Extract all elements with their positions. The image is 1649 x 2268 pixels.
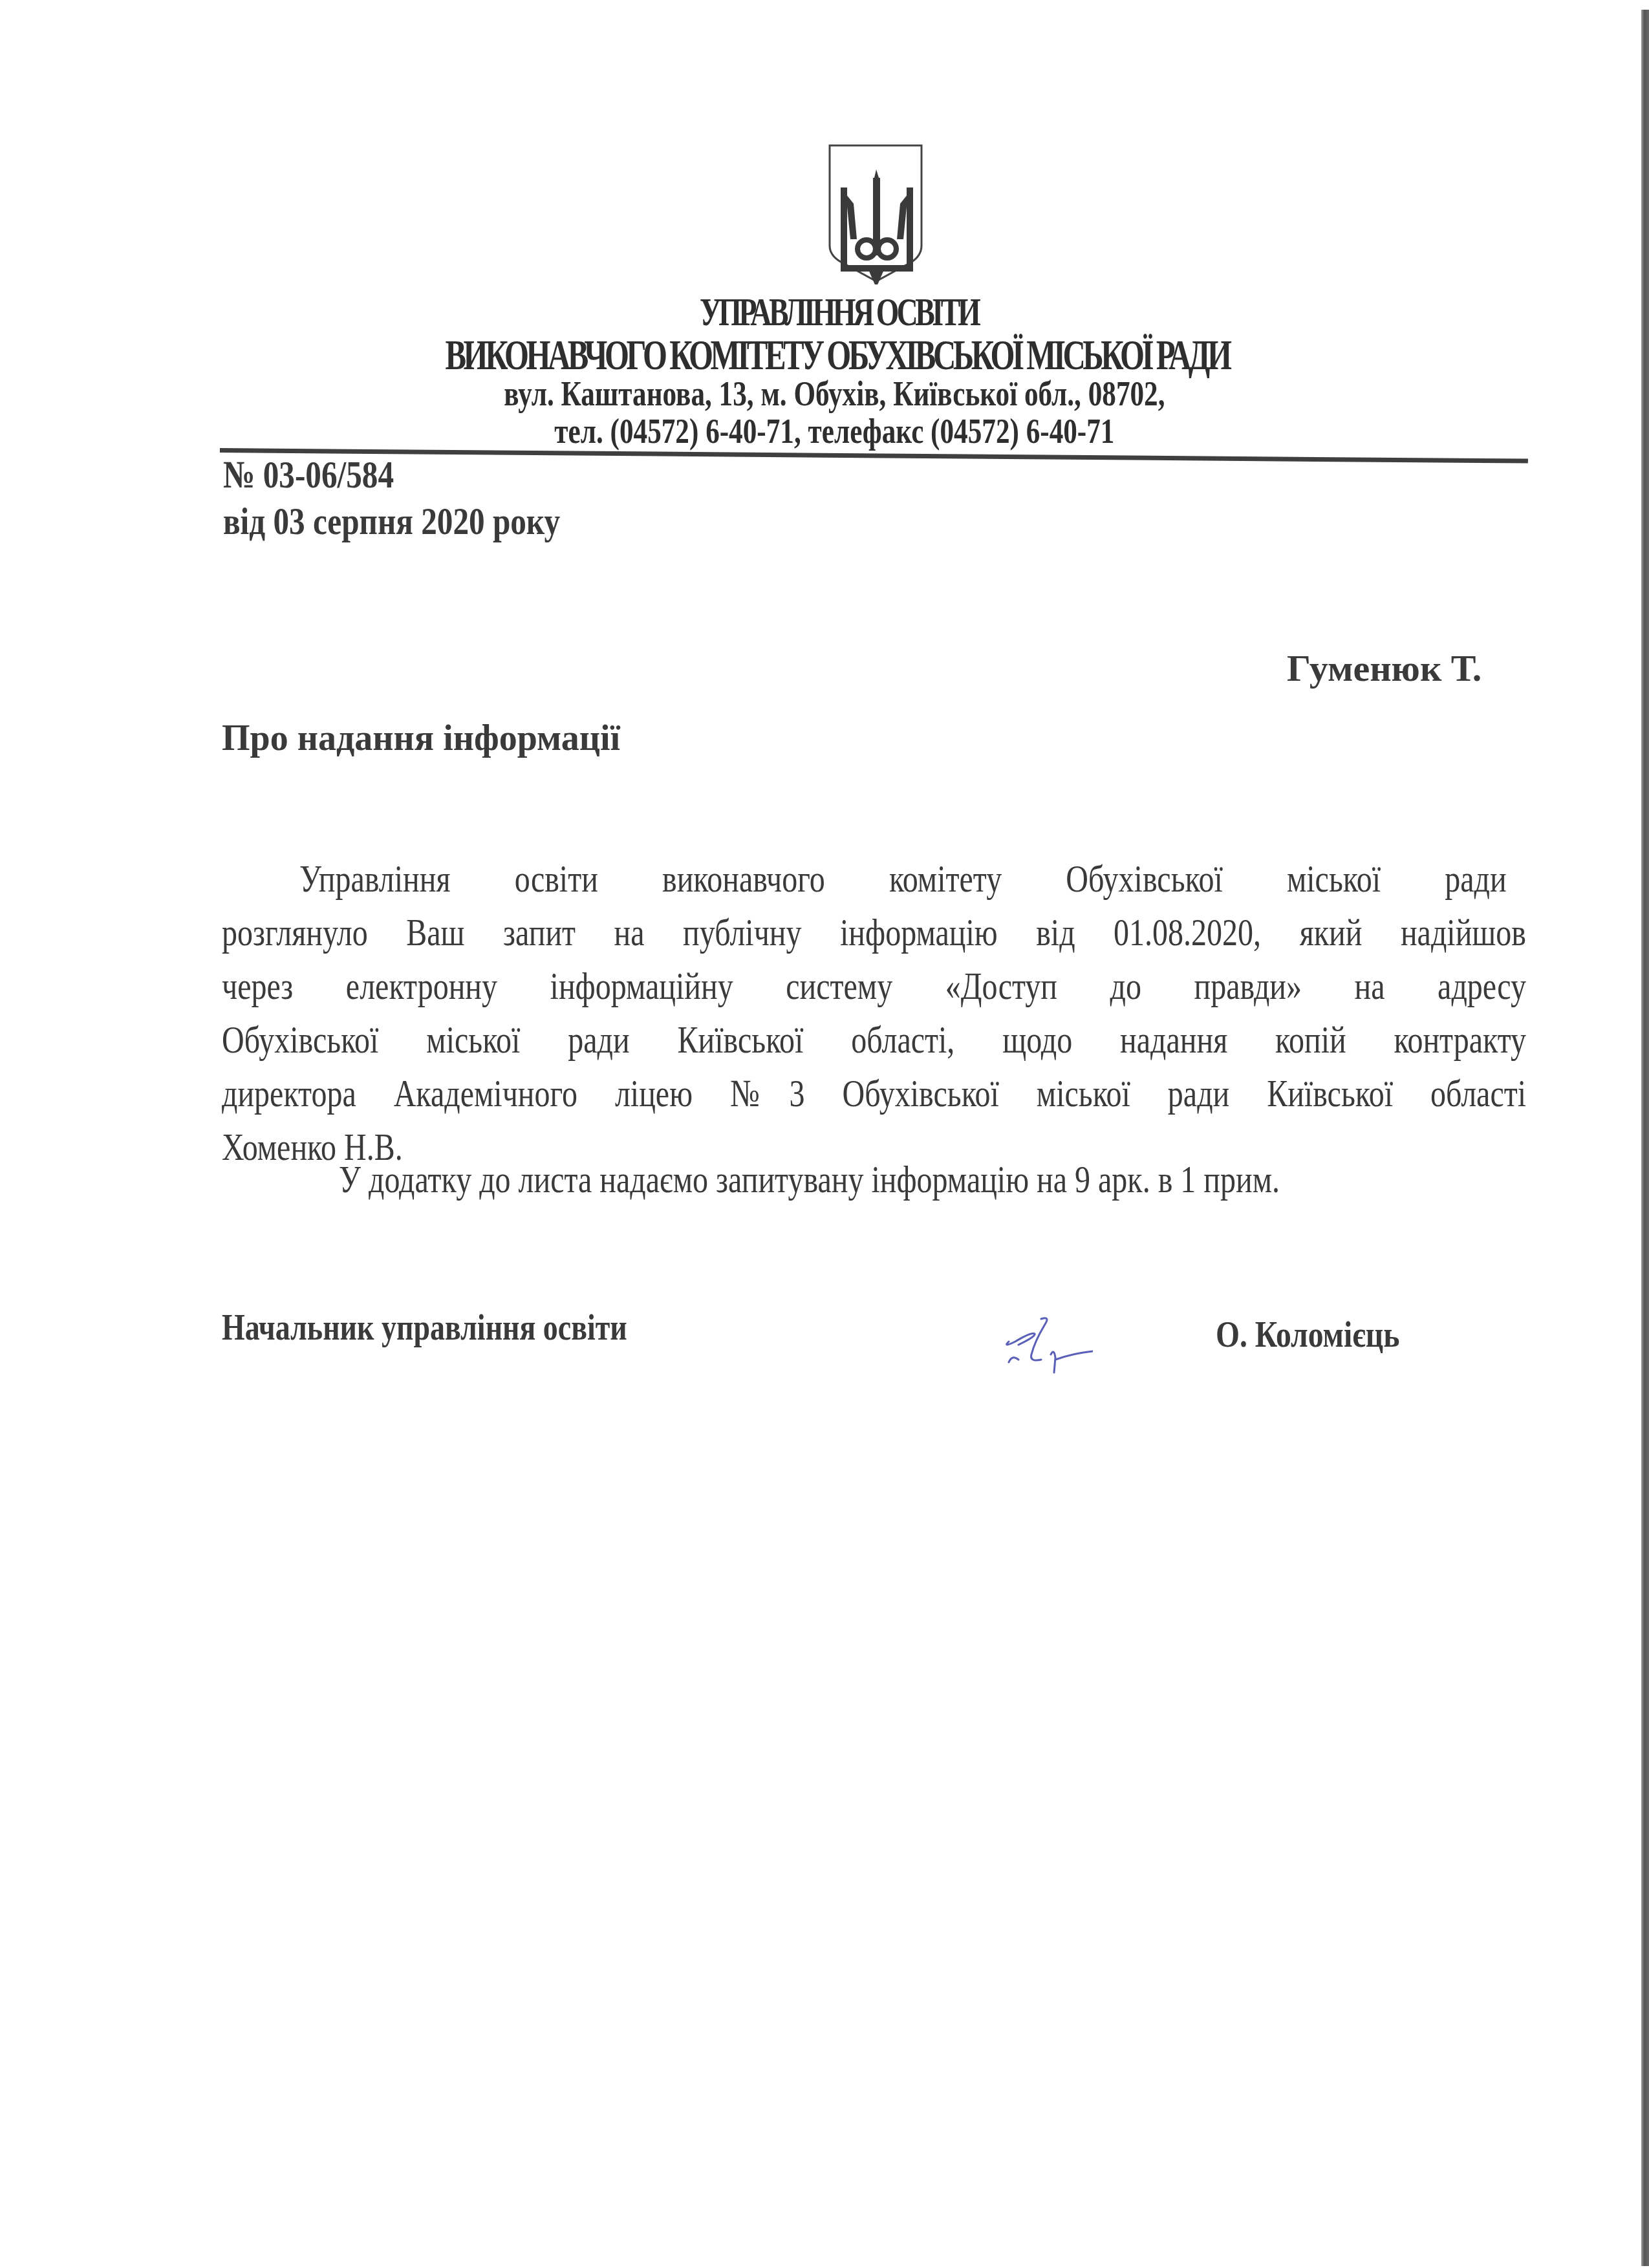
attachment-note: У додатку до листа надаємо запитувану ін…: [339, 1157, 1280, 1202]
org-name-line1: УПРАВЛІННЯ ОСВІТИ: [229, 290, 1449, 336]
outgoing-date: від 03 серпня 2020 року: [223, 499, 560, 544]
letter-body: Управління освіти виконавчого комітету О…: [222, 852, 1526, 1174]
outgoing-number: № 03-06/584: [223, 453, 394, 497]
signatory-title: Начальник управління освіти: [222, 1307, 627, 1349]
org-phones: тел. (04572) 6-40-71, телефакс (04572) 6…: [175, 411, 1494, 451]
body-line: директора Академічного ліцею №3 Обухівсь…: [222, 1067, 1526, 1120]
body-line: Обухівської міської ради Київської облас…: [222, 1013, 1526, 1067]
body-line: через електронну інформаційну систему «Д…: [222, 959, 1526, 1013]
signatory-name: О. Коломієць: [1216, 1312, 1399, 1356]
org-name-line2: ВИКОНАВЧОГО КОМІТЕТУ ОБУХІВСЬКОЇ МІСЬКОЇ…: [227, 331, 1447, 380]
scan-edge-shadow: [1641, 10, 1649, 2266]
body-line: Управління освіти виконавчого комітету О…: [222, 852, 1526, 906]
addressee: Гуменюк Т.: [1287, 647, 1482, 690]
body-line: розглянуло Ваш запит на публічну інформа…: [222, 906, 1526, 959]
letter-subject: Про надання інформації: [222, 718, 620, 759]
org-address: вул. Каштанова, 13, м. Обухів, Київської…: [175, 374, 1494, 414]
coat-of-arms-icon: [828, 142, 925, 284]
handwritten-signature-icon: [996, 1303, 1093, 1374]
